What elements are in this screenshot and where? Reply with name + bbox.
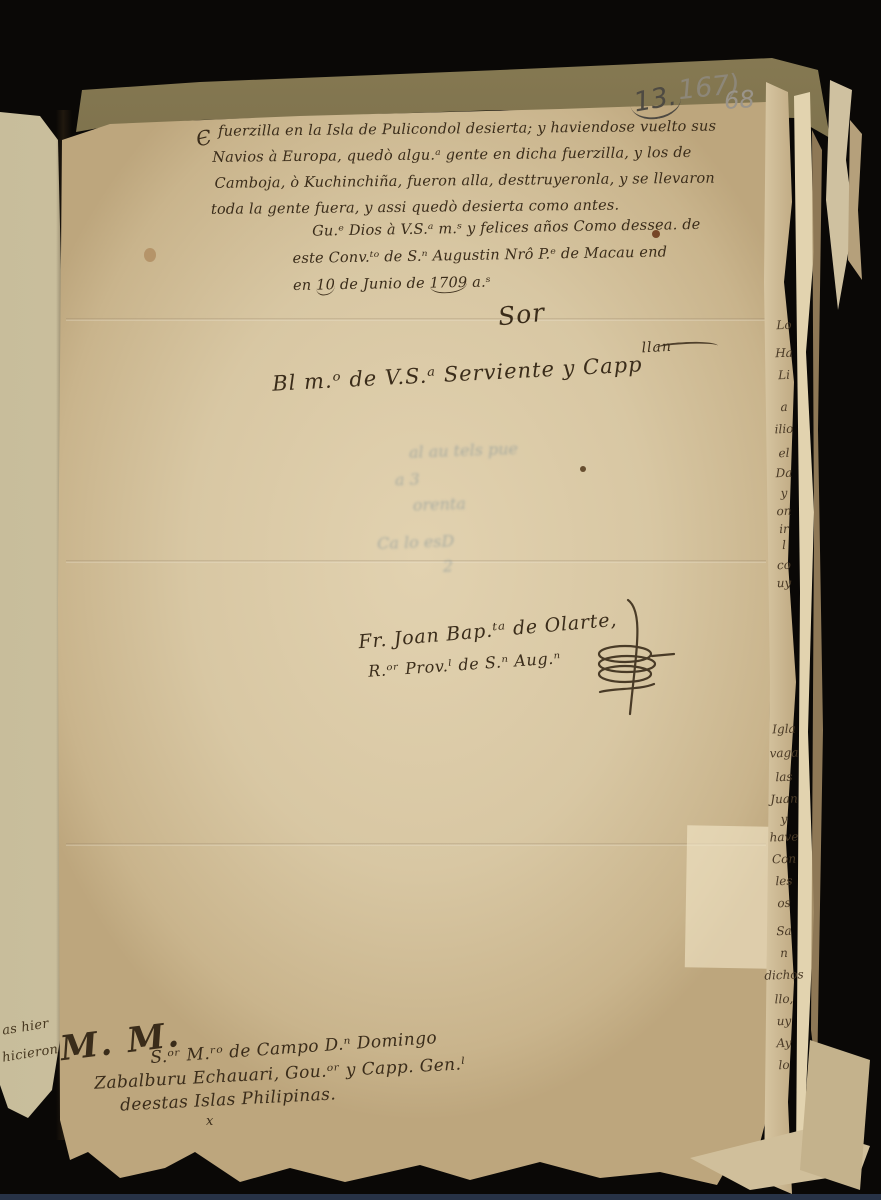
bleedthrough-line: a 3 [395, 469, 420, 489]
body-line: toda la gente fuera, y assi quedò desier… [211, 198, 620, 218]
right-margin-fragment: y [764, 811, 804, 826]
left-margin-fragment: leve rena [815, 885, 879, 901]
date-line: en 10 de Junio de 1709 a.ˢ [293, 275, 491, 294]
torn-page-corner [846, 120, 866, 280]
fold-crease [66, 560, 766, 563]
body-line: fuerzilla en la Isla de Pulicondol desie… [218, 119, 716, 140]
left-margin-fragment: se dunin [820, 723, 879, 739]
left-margin-fragment: chas, y t [821, 627, 879, 643]
right-margin-fragment: el [764, 445, 804, 460]
right-margin-fragment: Ay [764, 1035, 804, 1050]
left-margin-fragment: pobres m [815, 832, 879, 848]
right-margin-fragment: las [764, 769, 804, 784]
bleedthrough-line: 2 [443, 556, 454, 575]
body-line: Navios à Europa, quedò algu.ᵃ gente en d… [212, 145, 691, 166]
body-line: Gu.ᵉ Dios à V.S.ᵃ m.ˢ y felices años Com… [312, 217, 701, 240]
date-year-underlined: 1709 [430, 275, 468, 294]
left-margin-fragment: el agrad [822, 698, 879, 714]
fold-crease [66, 843, 766, 846]
signature-title: R.ᵒʳ Prov.ˡ de S.ⁿ Aug.ⁿ [368, 648, 562, 680]
left-margin-fragment: Pepala [833, 778, 879, 794]
left-margin-fragment: hicieron. [1, 1041, 64, 1065]
courtesy-closing-line: Bl m.ᵒ de V.S.ᵃ Serviente y Cappllan [272, 352, 643, 395]
senor-abbreviation: Sor [497, 298, 547, 332]
address-mark: x [206, 1114, 213, 1129]
left-margin-fragment: si hallad [821, 671, 879, 687]
scan-bed-strip [0, 1194, 881, 1200]
right-margin-fragment: lo [764, 1057, 804, 1072]
left-margin-fragment: imo y dea [812, 358, 879, 374]
left-margin-fragment: e ellos f [825, 578, 879, 594]
right-margin-fragment: Sa [764, 923, 804, 938]
date-day-underlined: 10 [316, 277, 335, 295]
right-margin-fragment: y [764, 485, 804, 500]
bleedthrough-line: orenta [412, 494, 466, 515]
right-margin-fragment: have [764, 829, 804, 844]
left-margin-fragment: hicimos m [809, 1009, 879, 1025]
bleedthrough-line: Ca lo esD [377, 531, 455, 553]
right-margin-fragment: l [764, 537, 804, 552]
left-margin-fragment: hubo mu [819, 602, 879, 618]
date-text: en [293, 278, 316, 294]
right-margin-fragment: uy [764, 1013, 804, 1028]
right-margin-fragment: vaga [764, 745, 804, 760]
right-margin-fragment: Li [764, 367, 804, 382]
torn-page-corner [800, 1040, 875, 1190]
date-text: de Junio de [335, 276, 430, 294]
right-margin-fragment: Igla [764, 721, 804, 736]
left-margin-fragment: conel li [829, 385, 879, 401]
right-margin-fragment: dichos [764, 967, 804, 982]
right-margin-fragment: Con [764, 851, 804, 866]
date-text: a.ˢ [467, 275, 491, 291]
manuscript-photo-scene: te, ây Fung Al Vio algu los naturale do … [0, 0, 881, 1200]
right-margin-fragment: llo, [764, 991, 804, 1006]
next-page-fragments: Lo Ha Li a ilio el Da y on ir l co uy Ig… [764, 0, 808, 1200]
left-margin-fragment: y estando [813, 552, 879, 568]
right-margin-fragment: co [764, 557, 804, 572]
left-margin-fragment: Parona el [814, 982, 879, 998]
body-line: este Conv.ᵗᵒ de S.ⁿ Augustin Nrô P.ᵉ de … [292, 244, 667, 267]
right-margin-fragment: Lo [764, 317, 804, 332]
left-margin-fragment: ia inm [836, 752, 879, 768]
left-margin-fragment: . de Mand [810, 526, 879, 542]
left-margin-fragment: illanes p [821, 912, 879, 928]
right-margin-fragment: a [764, 399, 804, 414]
paper-stain [144, 248, 156, 262]
right-margin-fragment: on [764, 503, 804, 518]
left-margin-fragment: nes, y hal [813, 410, 879, 426]
right-margin-fragment: ilio [764, 421, 804, 436]
left-margin-fragment: as hier [1, 1016, 50, 1038]
left-margin-fragment: per dona [818, 491, 879, 507]
left-margin-fragment: (que stau [815, 332, 880, 348]
next-page-number-pencil: 68 [723, 85, 755, 115]
right-margin-fragment: Ha [764, 345, 804, 360]
right-margin-fragment: Da [764, 465, 804, 480]
body-line: Camboja, ò Kuchinchiña, fueron alla, des… [215, 171, 715, 192]
right-margin-fragment: Juan [764, 791, 804, 806]
right-margin-fragment: ir [764, 521, 804, 536]
right-margin-fragment: les [764, 873, 804, 888]
manuscript-page: Є fuerzilla en la Isla de Pulicondol des… [0, 0, 881, 1200]
right-margin-fragment: os [764, 895, 804, 910]
left-margin-fragment: dieron àl [818, 463, 880, 479]
right-margin-fragment: n [764, 945, 804, 960]
left-margin-fragment: y hallói [829, 437, 880, 453]
left-margin-fragment: conas Ve [819, 859, 880, 875]
fold-crease [66, 318, 766, 321]
paper-slip-showthrough [685, 825, 769, 968]
courtesy-text: Bl m.ᵒ de V.S.ᵃ Serviente y Capp [272, 352, 643, 395]
signature-rubric-flourish [570, 592, 680, 722]
ink-stain [580, 466, 586, 472]
paragraph-mark: Є [194, 125, 214, 152]
left-margin-fragment: Zallan [836, 806, 879, 822]
right-margin-fragment: uy [764, 575, 804, 590]
bleedthrough-line: al au tels pue [409, 439, 519, 462]
left-margin-fragment: ruar àg [828, 941, 879, 957]
